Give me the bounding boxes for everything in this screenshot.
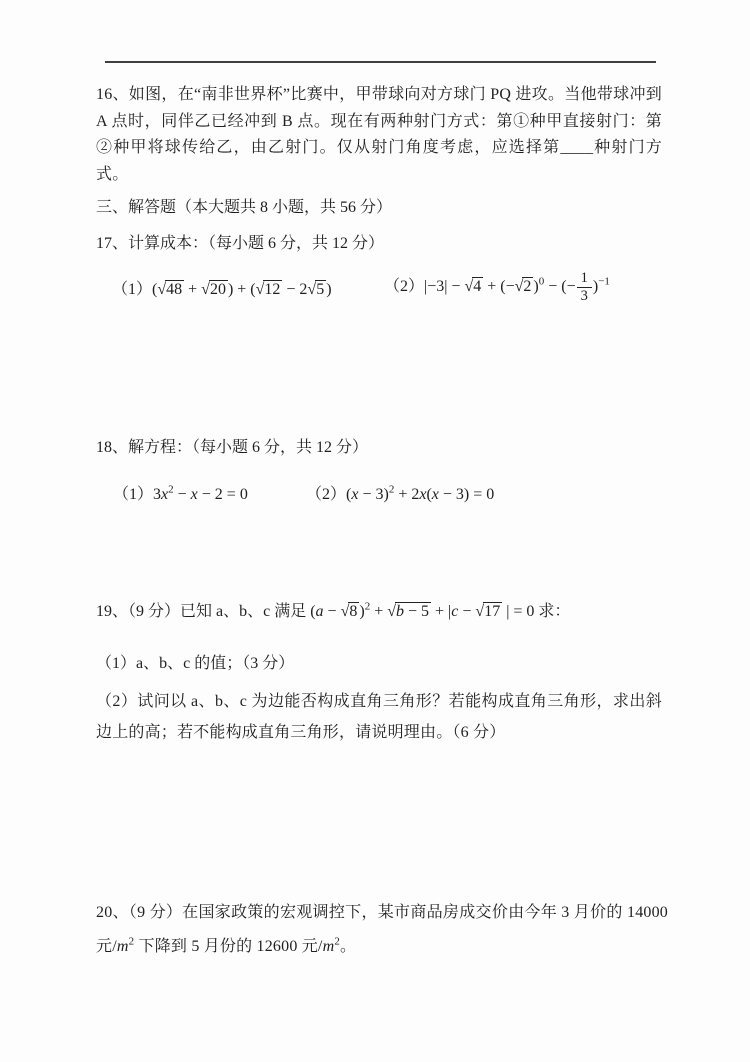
question-18-formula-1: （1）3x2 − x − 2 = 0 (113, 481, 248, 504)
section-3-heading: 三、解答题（本大题共 8 小题，共 56 分） (96, 197, 392, 219)
question-19-part-1: （1）a、b、c 的值；（3 分） (96, 653, 294, 675)
question-17-formula-2: （2）|−3| − √4 + (−√2)0 − (−13)−1 (384, 270, 610, 304)
exam-page: 16、如图，在“南非世界杯”比赛中，甲带球向对方球门 PQ 进攻。当他带球冲到 … (0, 0, 750, 1062)
question-20-text: 20、（9 分）在国家政策的宏观调控下，某市商品房成交价由今年 3 月价的 14… (96, 896, 668, 964)
question-17-title: 17、计算成本：（每小题 6 分，共 12 分） (96, 233, 384, 255)
question-16-text: 16、如图，在“南非世界杯”比赛中，甲带球向对方球门 PQ 进攻。当他带球冲到 … (96, 82, 662, 188)
question-19-intro: 19、（9 分）已知 a、b、c 满足 (a − √8)2 + √b − 5 +… (96, 598, 570, 621)
question-18-title: 18、解方程：（每小题 6 分，共 12 分） (96, 437, 368, 459)
question-18-formula-2: （2）(x − 3)2 + 2x(x − 3) = 0 (306, 481, 494, 504)
question-19-part-2: （2）试问以 a、b、c 为边能否构成直角三角形？若能构成直角三角形，求出斜边上… (96, 686, 662, 748)
question-17-formula-1: （1）(√48 + √20) + (√12 − 2√5) (112, 276, 332, 299)
header-divider-rule (105, 61, 656, 63)
